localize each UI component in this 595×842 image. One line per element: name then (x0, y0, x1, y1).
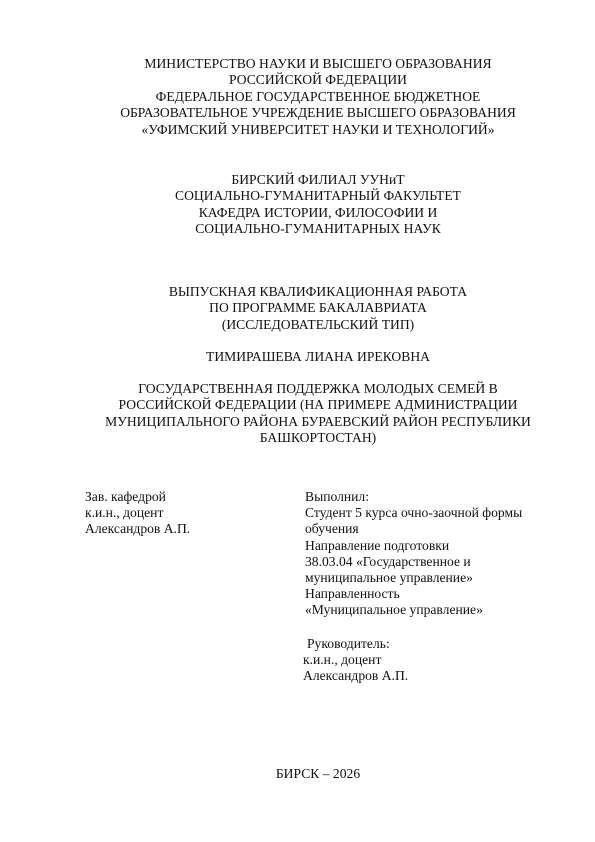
head-of-department-degree: к.и.н., доцент (85, 505, 190, 521)
department-line: КАФЕДРА ИСТОРИИ, ФИЛОСОФИИ И (80, 205, 556, 221)
ministry-line: ОБРАЗОВАТЕЛЬНОЕ УЧРЕЖДЕНИЕ ВЫСШЕГО ОБРАЗ… (80, 105, 556, 121)
head-of-department-name: Александров А.П. (85, 521, 190, 537)
department-line: СОЦИАЛЬНО-ГУМАНИТАРНЫХ НАУК (80, 221, 556, 237)
program-code: 38.03.04 «Государственное и (305, 554, 555, 570)
head-of-department-label: Зав. кафедрой (85, 489, 190, 505)
title-line: БАШКОРТОСТАН) (80, 430, 556, 446)
performed-by-block: Выполнил: Студент 5 курса очно-заочной ф… (305, 489, 555, 619)
performed-by-label: Выполнил: (305, 489, 555, 505)
ministry-line: ФЕДЕРАЛЬНОЕ ГОСУДАРСТВЕННОЕ БЮДЖЕТНОЕ (80, 89, 556, 105)
title-page: МИНИСТЕРСТВО НАУКИ И ВЫСШЕГО ОБРАЗОВАНИЯ… (0, 0, 595, 842)
student-info: Студент 5 курса очно-заочной формы (305, 505, 555, 521)
ministry-header: МИНИСТЕРСТВО НАУКИ И ВЫСШЕГО ОБРАЗОВАНИЯ… (80, 56, 556, 138)
university-name: «УФИМСКИЙ УНИВЕРСИТЕТ НАУКИ И ТЕХНОЛОГИЙ… (80, 122, 556, 138)
title-line: МУНИЦИПАЛЬНОГО РАЙОНА БУРАЕВСКИЙ РАЙОН Р… (80, 414, 556, 430)
city-year: БИРСК – 2026 (80, 766, 556, 782)
supervisor-block: Руководитель: к.и.н., доцент Александров… (303, 636, 408, 685)
student-info: обучения (305, 521, 555, 537)
work-type-line: ПО ПРОГРАММЕ БАКАЛАВРИАТА (80, 300, 556, 316)
profile-label: Направленность (305, 586, 555, 602)
faculty-name: СОЦИАЛЬНО-ГУМАНИТАРНЫЙ ФАКУЛЬТЕТ (80, 188, 556, 204)
supervisor-name: Александров А.П. (303, 668, 408, 684)
supervisor-label: Руководитель: (303, 636, 408, 652)
program-name: муниципальное управление» (305, 570, 555, 586)
city-year-text: БИРСК – 2026 (80, 766, 556, 782)
supervisor-degree: к.и.н., доцент (303, 652, 408, 668)
work-type-line: ВЫПУСКНАЯ КВАЛИФИКАЦИОННАЯ РАБОТА (80, 284, 556, 300)
work-type: ВЫПУСКНАЯ КВАЛИФИКАЦИОННАЯ РАБОТА ПО ПРО… (80, 284, 556, 333)
title-line: РОССИЙСКОЙ ФЕДЕРАЦИИ (НА ПРИМЕРЕ АДМИНИС… (80, 397, 556, 413)
branch-name: БИРСКИЙ ФИЛИАЛ УУНиТ (80, 172, 556, 188)
branch-header: БИРСКИЙ ФИЛИАЛ УУНиТ СОЦИАЛЬНО-ГУМАНИТАР… (80, 172, 556, 238)
author-line: ТИМИРАШЕВА ЛИАНА ИРЕКОВНА (80, 349, 556, 365)
work-type-line: (ИССЛЕДОВАТЕЛЬСКИЙ ТИП) (80, 317, 556, 333)
author-name: ТИМИРАШЕВА ЛИАНА ИРЕКОВНА (80, 349, 556, 365)
profile-name: «Муниципальное управление» (305, 602, 555, 618)
ministry-line: МИНИСТЕРСТВО НАУКИ И ВЫСШЕГО ОБРАЗОВАНИЯ (80, 56, 556, 72)
thesis-title: ГОСУДАРСТВЕННАЯ ПОДДЕРЖКА МОЛОДЫХ СЕМЕЙ … (80, 381, 556, 447)
title-line: ГОСУДАРСТВЕННАЯ ПОДДЕРЖКА МОЛОДЫХ СЕМЕЙ … (80, 381, 556, 397)
ministry-line: РОССИЙСКОЙ ФЕДЕРАЦИИ (80, 72, 556, 88)
head-of-department-block: Зав. кафедрой к.и.н., доцент Александров… (85, 489, 190, 538)
program-label: Направление подготовки (305, 538, 555, 554)
